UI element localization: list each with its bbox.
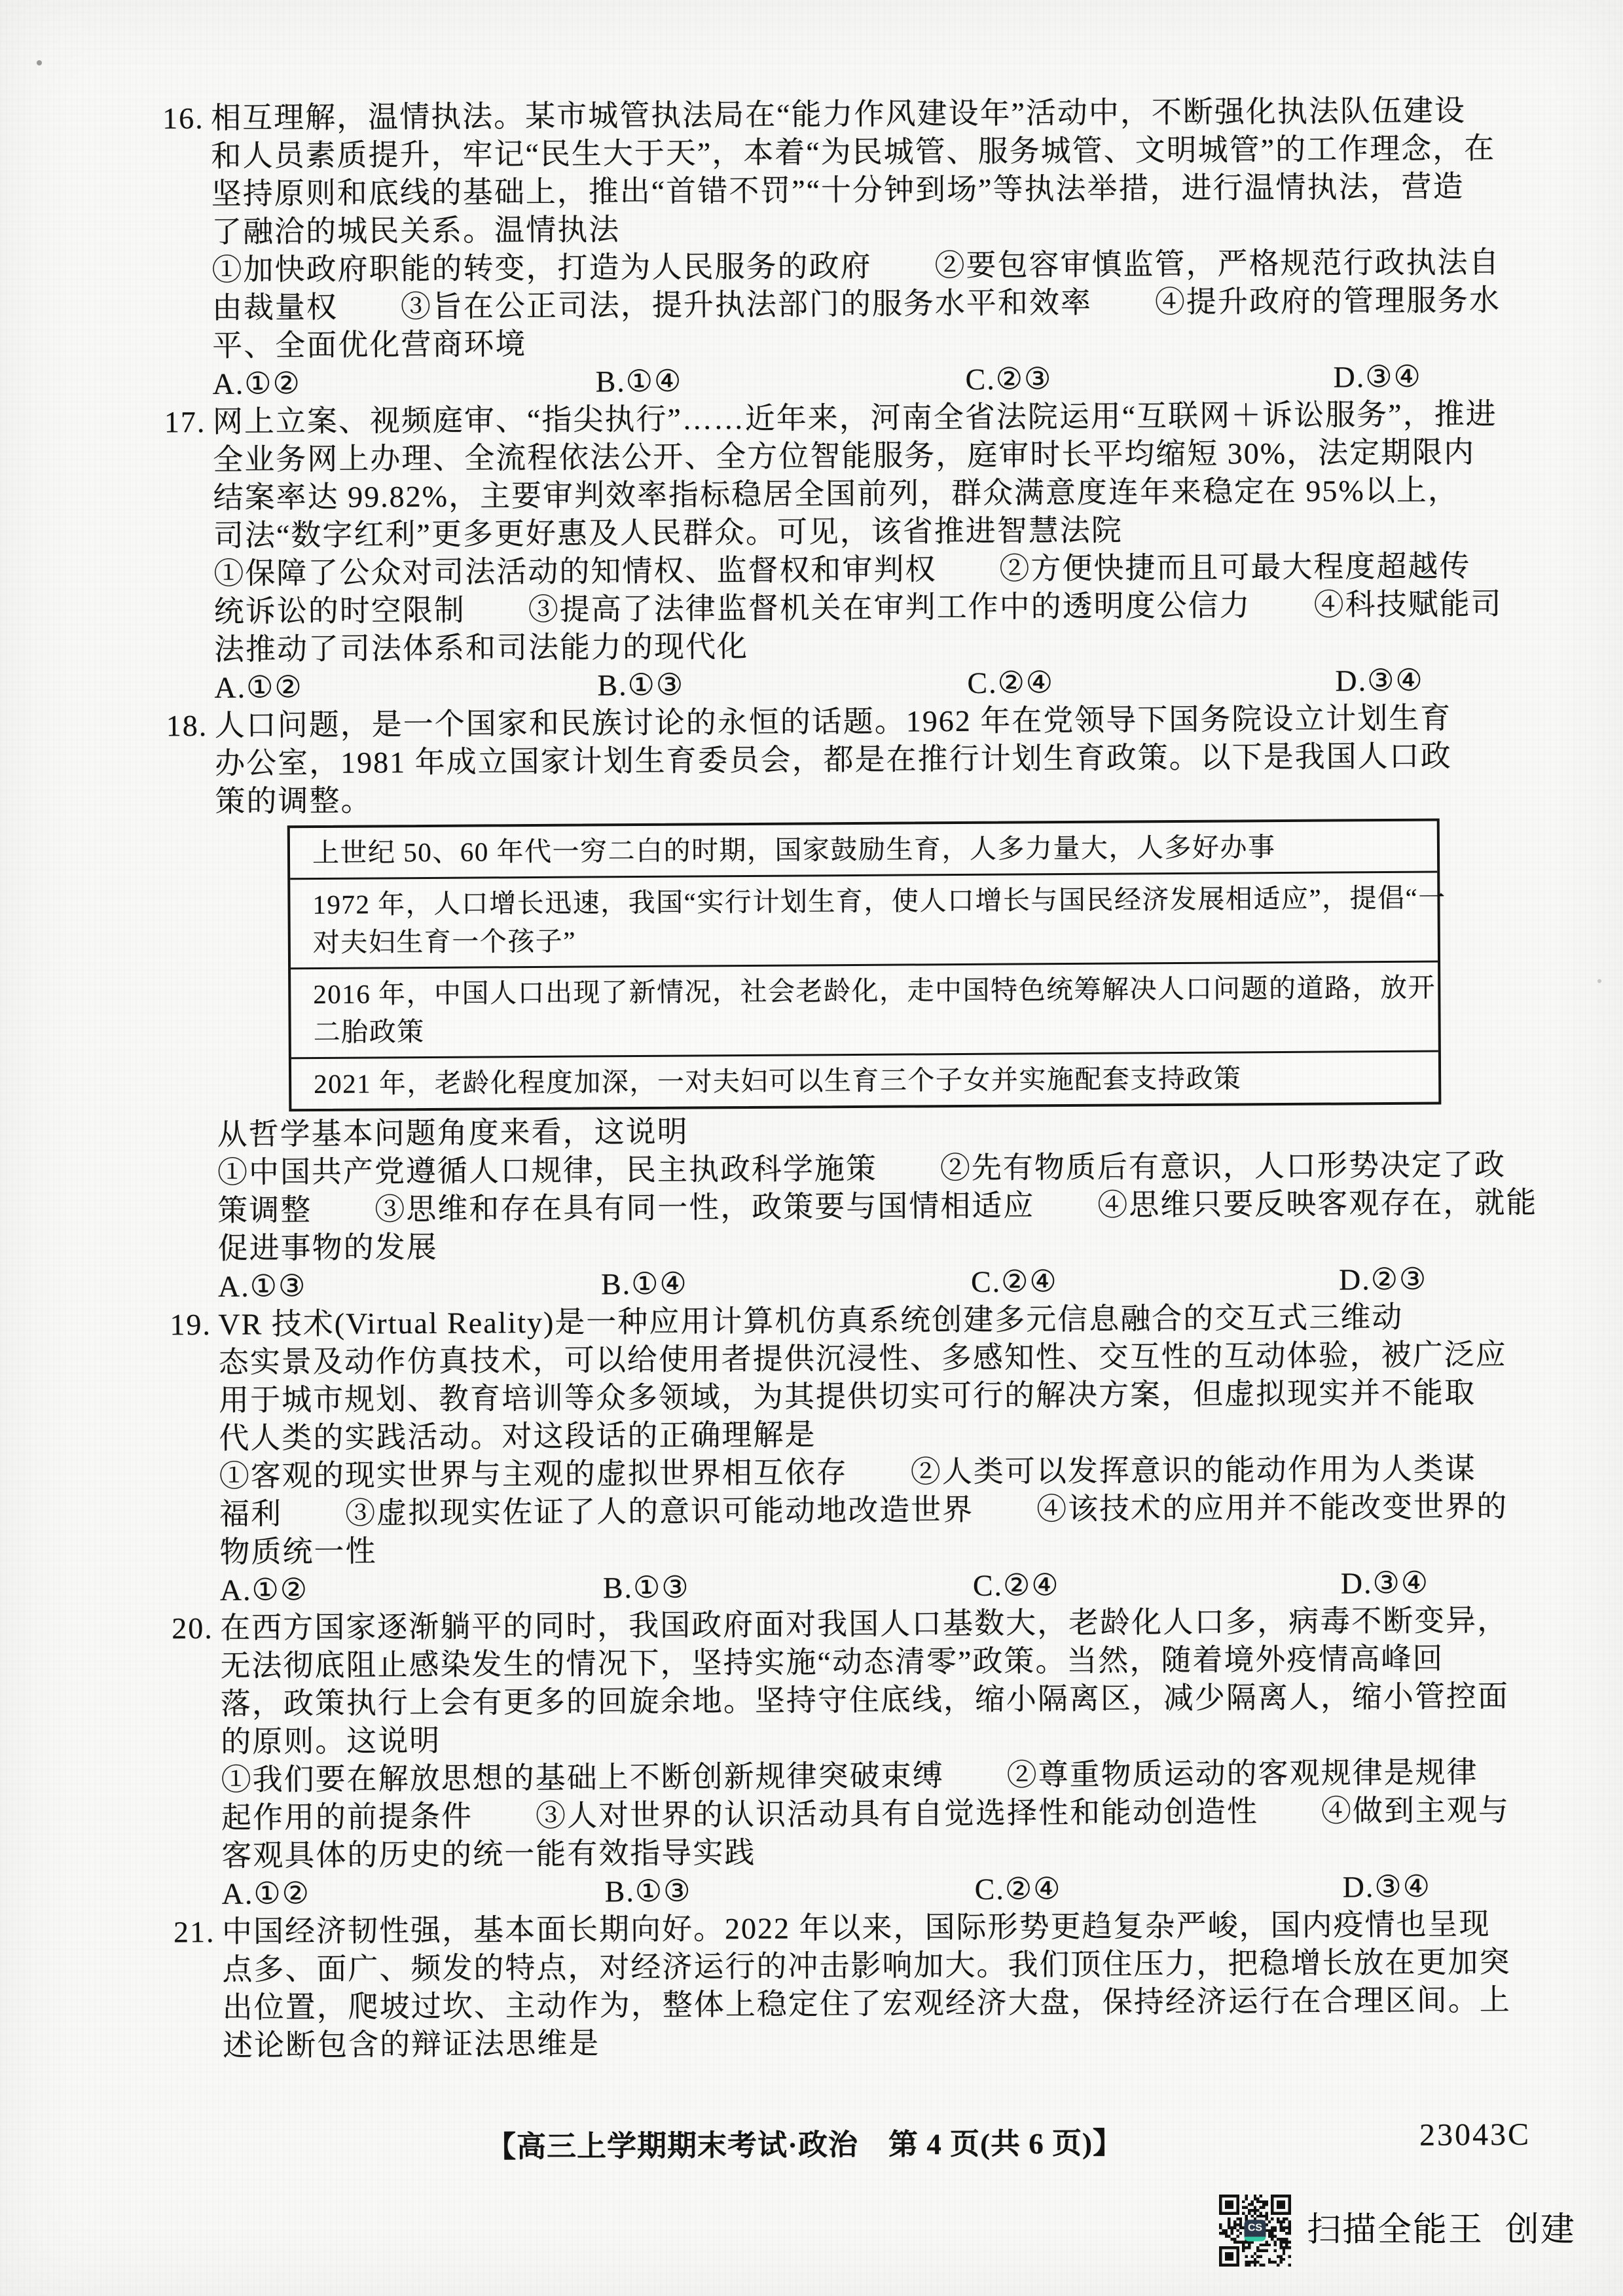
table-row: 2021 年，老龄化程度加深，一对夫妇可以生育三个子女并实施配套支持政策 <box>291 1050 1438 1109</box>
question-number: 19. <box>166 1306 218 1344</box>
question-text: 中国经济韧性强，基本面长期向好。2022 年以来，国际形势更趋复杂严峻，国内疫情… <box>222 1907 1491 1948</box>
table-row: 1972 年，人口增长迅速，我国“实行计划生育，使人口增长与国民经济发展相适应”… <box>290 871 1438 968</box>
question-number: 16. <box>158 99 211 137</box>
question-18: 18.人口问题，是一个国家和民族讨论的永恒的话题。1962 年在党领导下国务院设… <box>162 699 1548 1306</box>
question-text: 相互理解，温情执法。某市城管执法局在“能力作风建设年”活动中，不断强化执法队伍建… <box>211 94 1466 135</box>
page-footer: 【高三上学期期末考试·政治 第 4 页(共 6 页)】 23043C <box>171 2117 1552 2164</box>
option-b: B.①③ <box>605 1873 692 1911</box>
question-text: 人口问题，是一个国家和民族讨论的永恒的话题。1962 年在党领导下国务院设立计划… <box>215 701 1452 742</box>
option-c: C.②④ <box>971 1263 1058 1301</box>
option-b: B.①③ <box>597 666 684 705</box>
question-19: 19.VR 技术(Virtual Reality)是一种应用计算机仿真系统创建多… <box>166 1298 1549 1610</box>
option-b: B.①④ <box>601 1265 688 1304</box>
footer-exam-title: 【高三上学期期末考试·政治 第 4 页(共 6 页)】 <box>486 2119 1123 2166</box>
table-cell-text: 2021 年，老龄化程度加深，一对夫妇可以生育三个子女并实施配套支持政策 <box>314 1058 1428 1103</box>
question-number: 18. <box>162 707 215 745</box>
option-a: A.①② <box>214 668 303 707</box>
table-row: 2016 年，中国人口出现了新情况，社会老龄化，走中国特色统筹解决人口问题的道路… <box>291 961 1438 1058</box>
scan-speck <box>1597 979 1601 983</box>
scanned-exam-page: 16.相互理解，温情执法。某市城管执法局在“能力作风建设年”活动中，不断强化执法… <box>0 0 1623 2296</box>
option-b: B.①④ <box>595 363 682 401</box>
table-cell-text: 1972 年，人口增长迅速，我国“实行计划生育，使人口增长与国民经济发展相适应”… <box>312 879 1427 924</box>
question-17: 17.网上立案、视频庭审、“指尖执行”……近年来，河南全省法院运用“互联网＋诉讼… <box>160 395 1544 708</box>
question-number: 21. <box>170 1913 222 1951</box>
option-d: D.③④ <box>1335 662 1424 700</box>
option-d: D.②③ <box>1339 1261 1428 1299</box>
option-c: C.②④ <box>967 664 1054 702</box>
question-number: 17. <box>160 403 213 441</box>
question-text: VR 技术(Virtual Reality)是一种应用计算机仿真系统创建多元信息… <box>218 1300 1403 1341</box>
question-text: 在西方国家逐渐躺平的同时，我国政府面对我国人口基数大，老龄化人口多，病毒不断变异… <box>220 1604 1508 1645</box>
table-cell-text: 二胎政策 <box>313 1007 1427 1051</box>
option-d: D.③④ <box>1341 1564 1430 1603</box>
exam-content: 16.相互理解，温情执法。某市城管执法局在“能力作风建设年”活动中，不断强化执法… <box>158 92 1553 2260</box>
option-d: D.③④ <box>1342 1868 1431 1907</box>
footer-paper-code: 23043C <box>1419 2117 1531 2153</box>
table-row: 上世纪 50、60 年代一穷二白的时期，国家鼓励生育，人多力量大，人多好办事 <box>290 821 1437 878</box>
option-a: A.①③ <box>218 1267 307 1306</box>
question-20: 20.在西方国家逐渐躺平的同时，我国政府面对我国人口基数大，老龄化人口多，病毒不… <box>168 1602 1551 1914</box>
scan-speck <box>37 60 42 65</box>
option-d: D.③④ <box>1333 358 1422 397</box>
question-16: 16.相互理解，温情执法。某市城管执法局在“能力作风建设年”活动中，不断强化执法… <box>158 92 1542 404</box>
option-b: B.①③ <box>603 1569 690 1607</box>
question-21: 21.中国经济韧性强，基本面长期向好。2022 年以来，国际形势更趋复杂严峻，国… <box>170 1905 1552 2066</box>
question-text: 网上立案、视频庭审、“指尖执行”……近年来，河南全省法院运用“互联网＋诉讼服务”… <box>213 397 1497 439</box>
option-c: C.②④ <box>973 1566 1060 1605</box>
question-line: 策的调整。 <box>162 775 1544 821</box>
table-cell-text: 对夫妇生育一个孩子” <box>313 917 1427 961</box>
option-c: C.②④ <box>975 1870 1062 1909</box>
option-c: C.②③ <box>965 360 1052 399</box>
population-policy-table: 上世纪 50、60 年代一穷二白的时期，国家鼓励生育，人多力量大，人多好办事 1… <box>287 819 1442 1112</box>
table-cell-text: 2016 年，中国人口出现了新情况，社会老龄化，走中国特色统筹解决人口问题的道路… <box>313 969 1427 1013</box>
question-number: 20. <box>168 1609 220 1647</box>
option-a: A.①② <box>212 365 301 403</box>
question-line: 述论断包含的辩证法思维是 <box>170 2019 1552 2066</box>
option-a: A.①② <box>220 1571 309 1609</box>
table-cell-text: 上世纪 50、60 年代一穷二白的时期，国家鼓励生育，人多力量大，人多好办事 <box>312 827 1427 872</box>
option-a: A.①② <box>222 1874 311 1913</box>
